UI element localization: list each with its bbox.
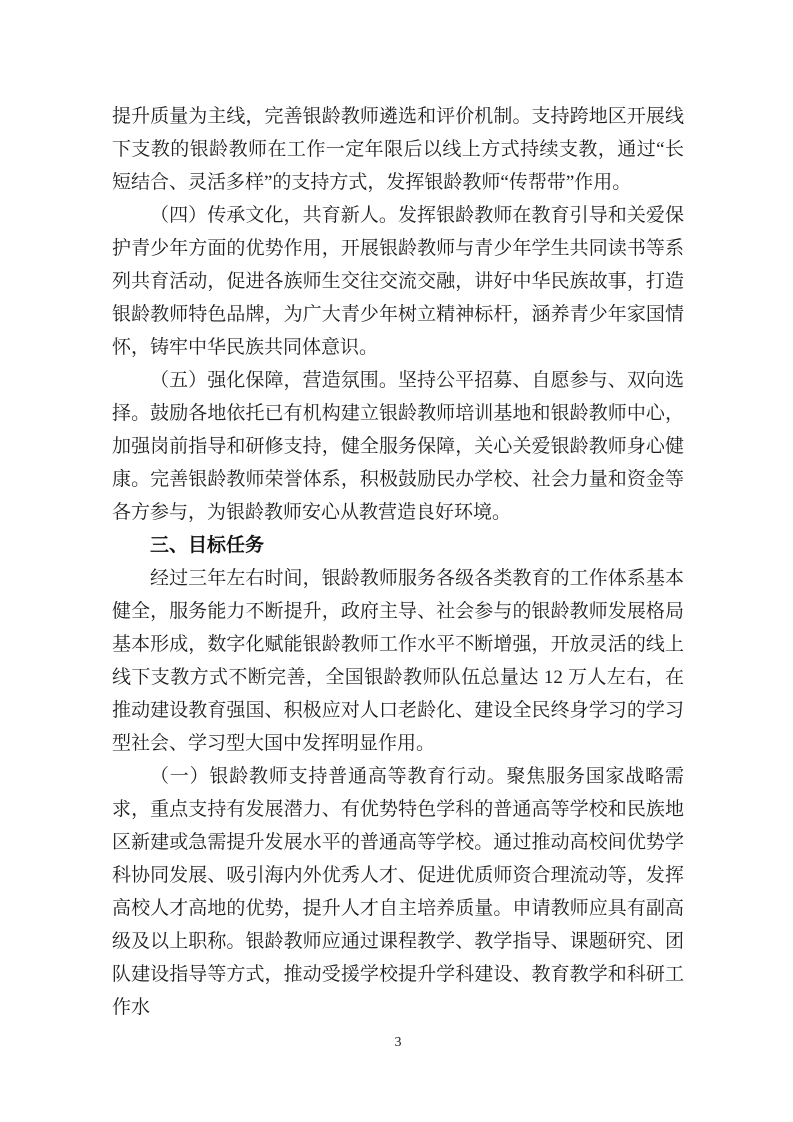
- paragraph-section-5-safeguards: （五）强化保障，营造氛围。坚持公平招募、自愿参与、双向选择。鼓励各地依托已有机构…: [112, 364, 684, 529]
- paragraph-section-4-culture: （四）传承文化，共育新人。发挥银龄教师在教育引导和关爱保护青少年方面的优势作用，…: [112, 199, 684, 364]
- paragraph-three-year-goals: 经过三年左右时间，银龄教师服务各级各类教育的工作体系基本健全，服务能力不断提升，…: [112, 562, 684, 760]
- document-page: 提升质量为主线，完善银龄教师遴选和评价机制。支持跨地区开展线下支教的银龄教师在工…: [0, 0, 793, 1122]
- page-number: 3: [112, 1033, 684, 1053]
- paragraph-continued-support-mechanism: 提升质量为主线，完善银龄教师遴选和评价机制。支持跨地区开展线下支教的银龄教师在工…: [112, 100, 684, 199]
- paragraph-action-1-higher-education: （一）银龄教师支持普通高等教育行动。聚焦服务国家战略需求，重点支持有发展潜力、有…: [112, 760, 684, 1024]
- section-heading-goals-tasks: 三、目标任务: [112, 529, 684, 562]
- document-body: 提升质量为主线，完善银龄教师遴选和评价机制。支持跨地区开展线下支教的银龄教师在工…: [112, 100, 684, 1024]
